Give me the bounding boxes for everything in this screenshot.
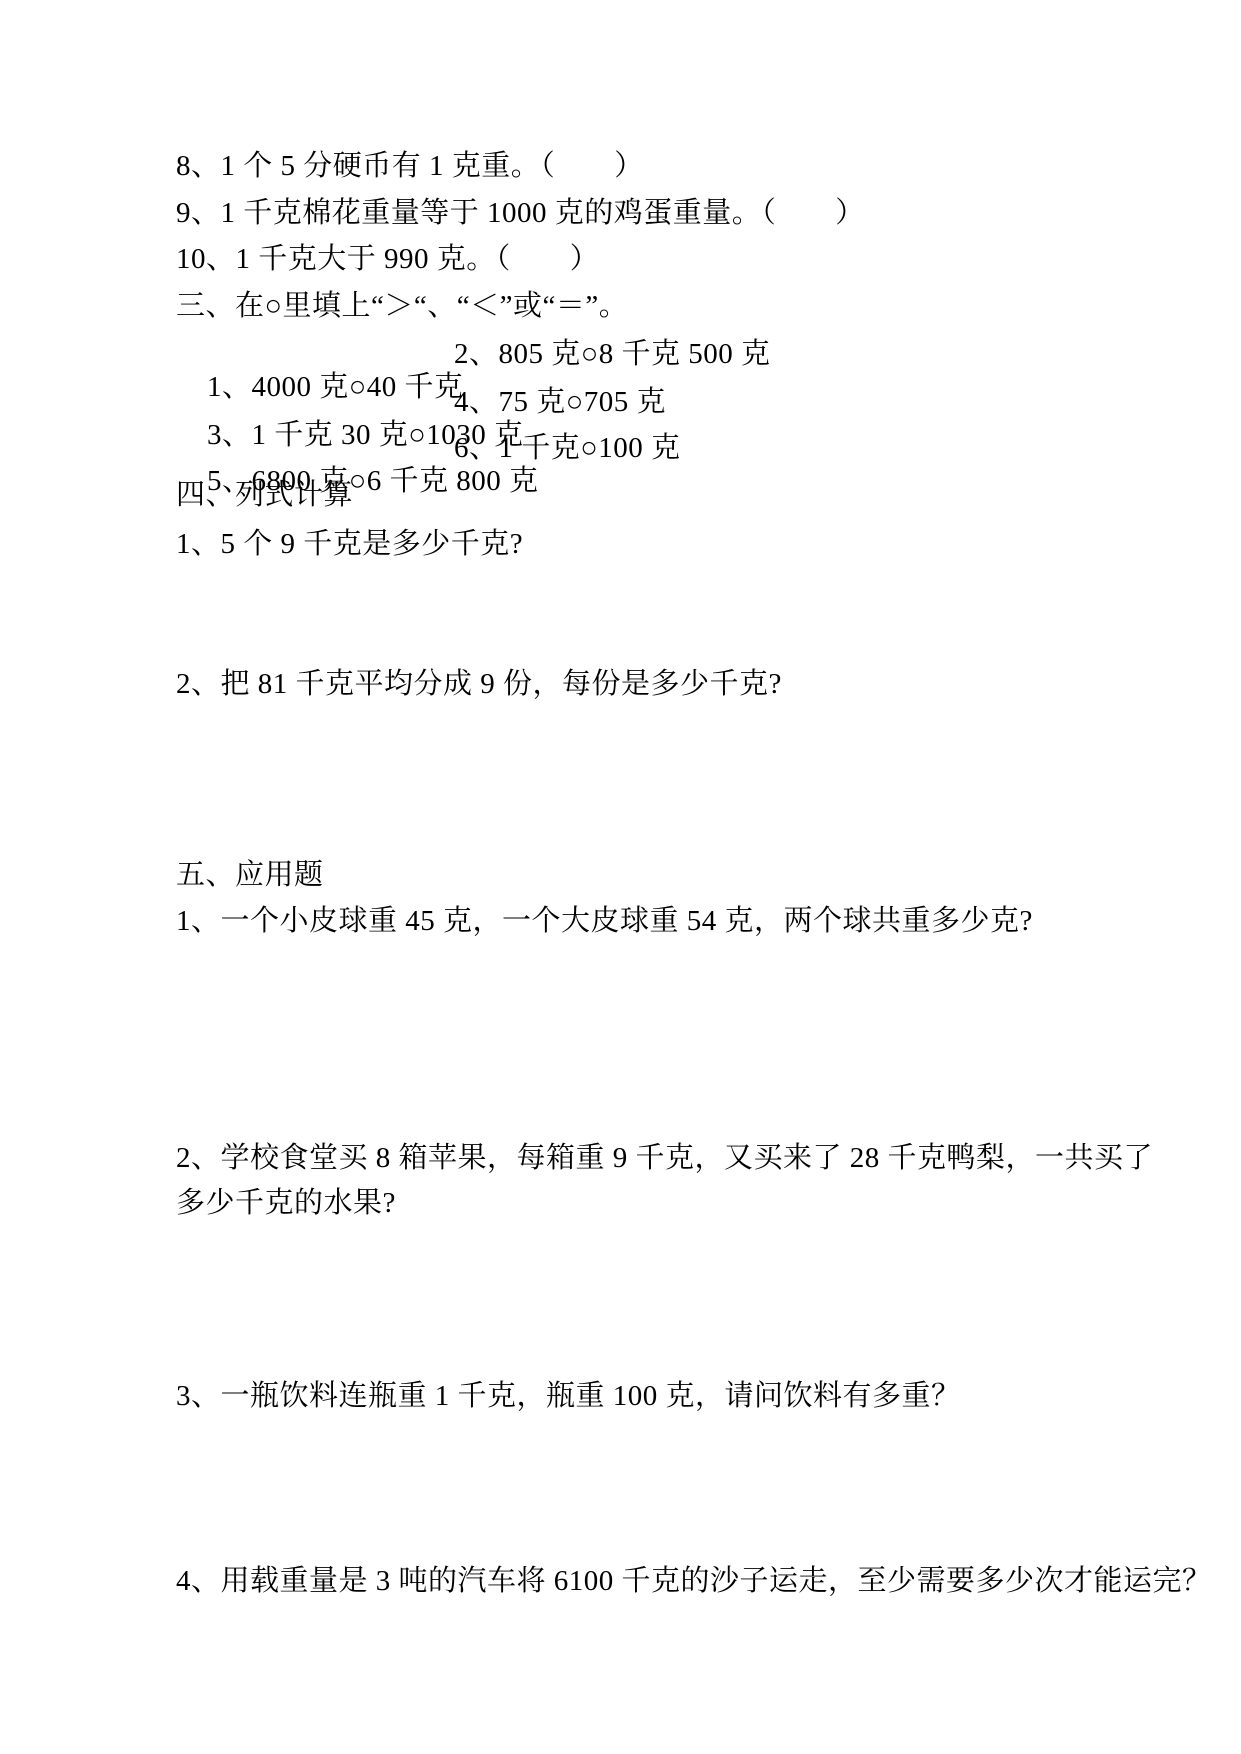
calc-section-heading: 四、列式计算	[176, 479, 353, 512]
calc-item-2: 2、把 81 千克平均分成 9 份，每份是多少千克?	[176, 668, 782, 701]
application-section-heading: 五、应用题	[176, 859, 324, 892]
judge-item-10: 10、1 千克大于 990 克。（ ）	[176, 243, 599, 276]
judge-item-8: 8、1 个 5 分硬币有 1 克重。（ ）	[176, 150, 644, 183]
judge-item-9: 9、1 千克棉花重量等于 1000 克的鸡蛋重量。（ ）	[176, 197, 865, 230]
application-item-3: 3、一瓶饮料连瓶重 1 千克，瓶重 100 克，请问饮料有多重？	[176, 1380, 961, 1413]
application-item-2-line-2: 多少千克的水果?	[176, 1187, 396, 1220]
calc-item-1: 1、5 个 9 千克是多少千克?	[176, 528, 523, 561]
application-item-1: 1、一个小皮球重 45 克，一个大皮球重 54 克，两个球共重多少克?	[176, 905, 1033, 938]
compare-item-2: 2、805 克○8 千克 500 克	[454, 338, 771, 371]
worksheet-page: 8、1 个 5 分硬币有 1 克重。（ ） 9、1 千克棉花重量等于 1000 …	[0, 0, 1241, 1754]
application-item-4: 4、用载重量是 3 吨的汽车将 6100 千克的沙子运走，至少需要多少次才能运完…	[176, 1565, 1212, 1598]
compare-section-heading: 三、在○里填上“＞“、“＜”或“＝”。	[176, 290, 628, 323]
application-item-2-line-1: 2、学校食堂买 8 箱苹果，每箱重 9 千克，又买来了 28 千克鸭梨，一共买了	[176, 1142, 1153, 1175]
compare-item-6: 6、1 千克○100 克	[454, 432, 681, 465]
compare-item-4: 4、75 克○705 克	[454, 386, 666, 419]
